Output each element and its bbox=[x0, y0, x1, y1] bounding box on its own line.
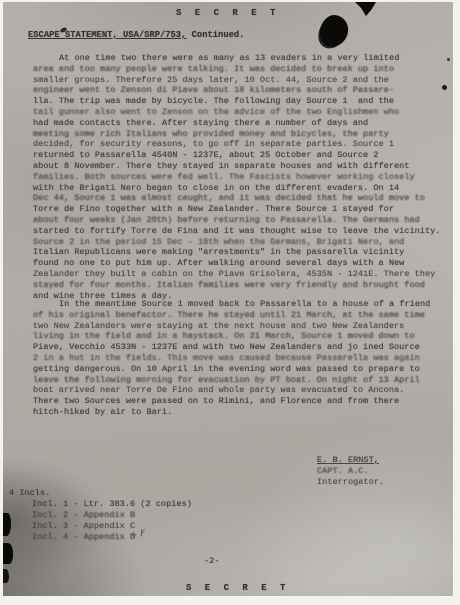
text-line: 2 in a hut in the fields. This move was … bbox=[33, 353, 451, 364]
text-line: getting dangerous. On 10 April in the ev… bbox=[33, 364, 451, 375]
scanned-document-page: S E C R E T ESCAPE STATEMENT, USA/SRP/75… bbox=[0, 0, 460, 605]
text-line: leave the following morning for evacuati… bbox=[33, 375, 451, 386]
text-line: smaller groups. Therefore 25 days later,… bbox=[33, 75, 451, 86]
text-line: Dec 44, Source 1 was almost caught, and … bbox=[33, 193, 451, 204]
scan-edge-mark bbox=[3, 543, 13, 564]
text-line: engineer went to Zenson di Piave about 1… bbox=[33, 85, 451, 96]
handwritten-annotation: + F bbox=[129, 529, 146, 541]
text-line: tail gunner also went to Zenson on the a… bbox=[33, 107, 451, 118]
ink-blot bbox=[318, 13, 350, 49]
enclosure-item: Incl. 2 - Appendix B bbox=[32, 510, 192, 521]
text-line: Zealander they built a cabin on the Piav… bbox=[33, 269, 451, 280]
paragraph-2: In the meantime Source 1 moved back to P… bbox=[33, 299, 451, 418]
text-line: hitch-hiked by air to Bari. bbox=[33, 407, 451, 418]
enclosure-item: Incl. 1 - Ltr. 383.6 (2 copies) bbox=[32, 499, 192, 510]
paragraph-1: At one time two there were as many as 13… bbox=[33, 53, 451, 301]
text-line: two New Zealanders were staying at the n… bbox=[33, 321, 451, 332]
text-line: Italian Republicans were making "arrestm… bbox=[33, 247, 451, 258]
ink-smudge-top bbox=[355, 2, 376, 16]
text-line: of his original benefactor. There he sta… bbox=[33, 310, 451, 321]
scan-edge-mark bbox=[3, 569, 9, 583]
heading-continued: Continued. bbox=[186, 30, 244, 40]
classification-banner-top: S E C R E T bbox=[176, 8, 279, 19]
text-line: At one time two there were as many as 13… bbox=[33, 53, 451, 64]
text-line: living in the field and in a haystack. O… bbox=[33, 331, 451, 342]
signature-block: E. B. ERNST,CAPT. A.C.Interrogator. bbox=[317, 455, 384, 488]
text-line: started to fortify Torre de Fina and it … bbox=[33, 226, 451, 237]
paper-background: S E C R E T ESCAPE STATEMENT, USA/SRP/75… bbox=[3, 2, 453, 596]
text-line: families. Both sources were fed well. Th… bbox=[33, 172, 451, 183]
text-line: about four weeks (Jan 20th) before retur… bbox=[33, 215, 451, 226]
text-line: boat arrived near Torre De Fino and whol… bbox=[33, 385, 451, 396]
enclosure-item: Incl. 4 - Appendix D bbox=[32, 532, 192, 543]
ink-speck bbox=[447, 58, 450, 61]
text-line: In the meantime Source 1 moved back to P… bbox=[33, 299, 451, 310]
signature-line: E. B. ERNST, bbox=[317, 455, 384, 466]
text-line: had made contacts there. After staying t… bbox=[33, 118, 451, 129]
classification-banner-bottom: S E C R E T bbox=[186, 583, 289, 594]
signature-line: CAPT. A.C. bbox=[317, 466, 384, 477]
enclosure-item: Incl. 3 - Appendix C bbox=[32, 521, 192, 532]
enclosure-list: Incl. 1 - Ltr. 383.6 (2 copies)Incl. 2 -… bbox=[32, 499, 192, 543]
text-line: area and too many people were talking. I… bbox=[33, 64, 451, 75]
text-line: There two Sources were passed on to Rimi… bbox=[33, 396, 451, 407]
text-line: meeting some rich Italians who provided … bbox=[33, 129, 451, 140]
page-number: -2- bbox=[204, 556, 219, 567]
text-line: stayed for four months. Italian families… bbox=[33, 280, 451, 291]
text-line: about 8 November. There they stayed in s… bbox=[33, 161, 451, 172]
text-line: Torre de Fino together with a New Zealan… bbox=[33, 204, 451, 215]
text-line: found no one to put him up. After walkin… bbox=[33, 258, 451, 269]
signature-line: Interrogator. bbox=[317, 477, 384, 488]
ink-speck bbox=[442, 85, 447, 90]
scan-edge-mark bbox=[3, 513, 11, 536]
text-line: with the Brigati Nero began to close in … bbox=[33, 183, 451, 194]
enclosures-count: 4 Incls. bbox=[9, 488, 50, 499]
text-line: Source 2 in the period 15 Dec - 18th whe… bbox=[33, 237, 451, 248]
text-line: lla. The trip was made by bicycle. The f… bbox=[33, 96, 451, 107]
text-line: decided, for security reasons, to go off… bbox=[33, 139, 451, 150]
text-line: Piave, Vecchio 4533N - 1237E and with tw… bbox=[33, 342, 451, 353]
text-line: returned to Passarella 4540N - 1237E, ab… bbox=[33, 150, 451, 161]
heading-reference: ESCAPE STATEMENT, USA/SRP/753, bbox=[28, 30, 186, 40]
